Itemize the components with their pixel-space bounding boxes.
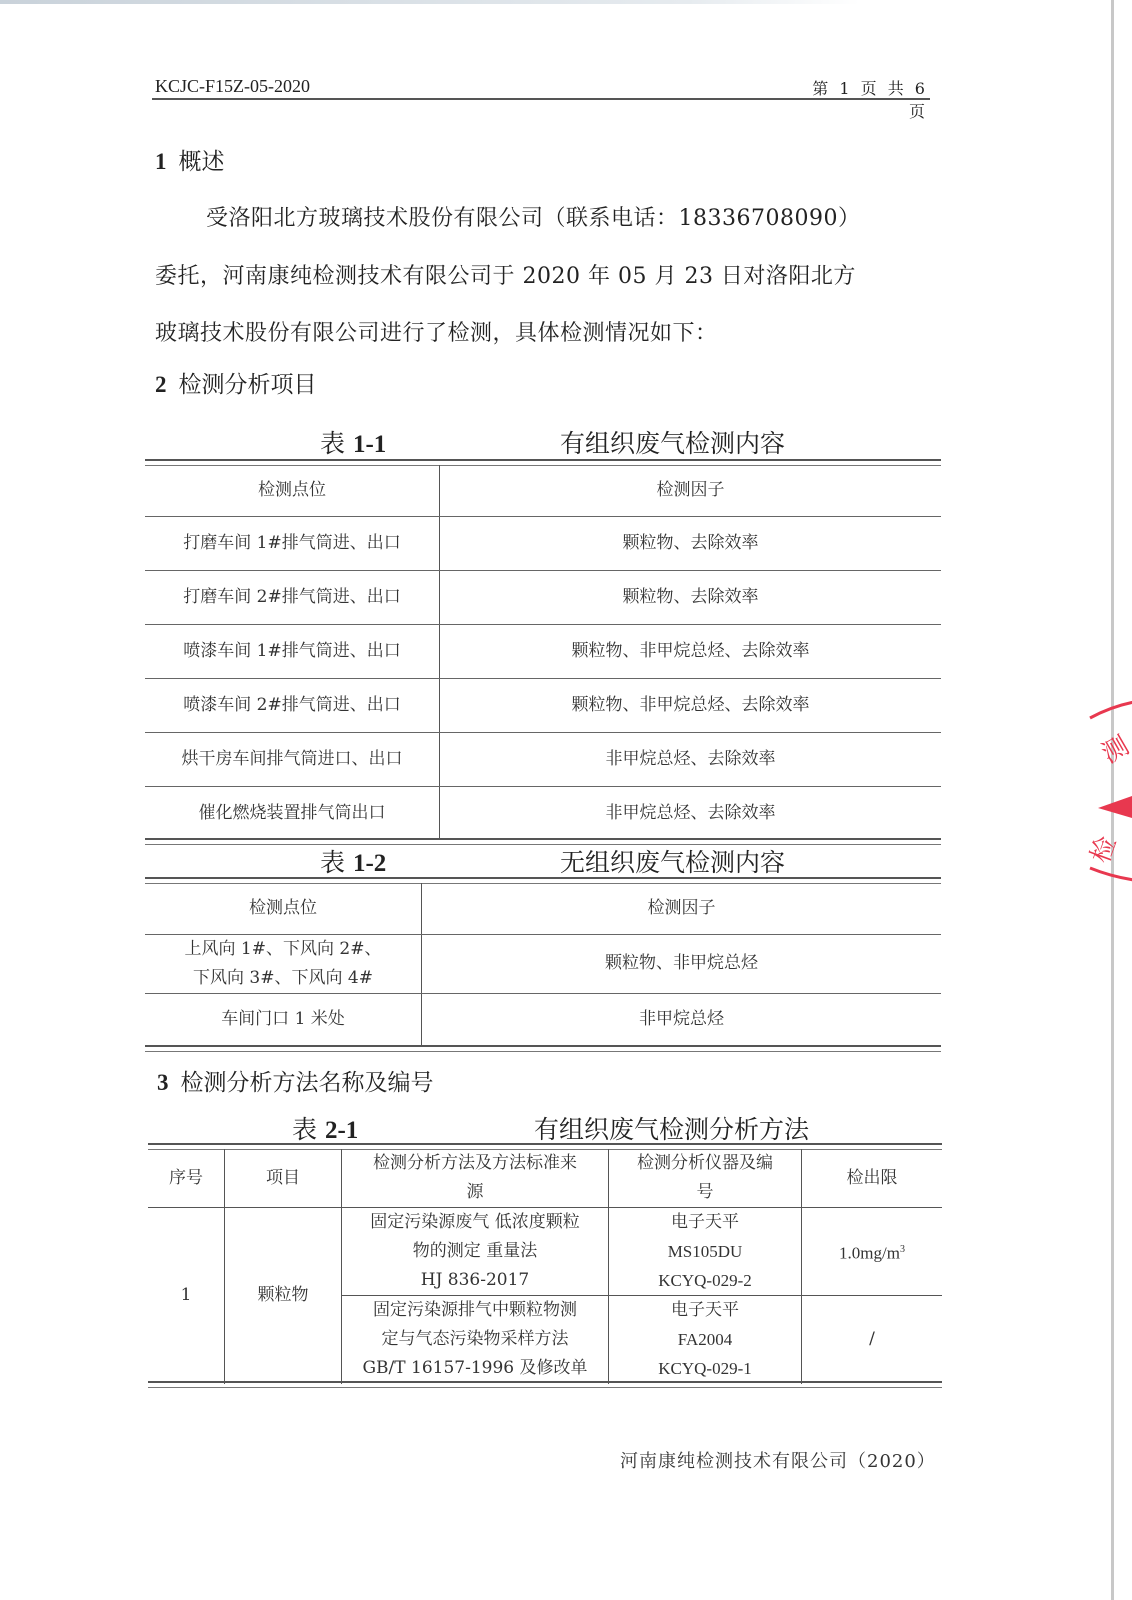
- overview-line-3: 玻璃技术股份有限公司进行了检测，具体检测情况如下：: [155, 316, 718, 347]
- seal-char: 测: [1097, 731, 1132, 770]
- table-row: 催化燃烧装置排气筒出口 非甲烷总烃、去除效率: [145, 786, 941, 840]
- header-cell-location: 检测点位: [145, 883, 422, 934]
- table-row: 上风向 1#、下风向 2#、 下风向 3#、下风向 4# 颗粒物、非甲烷总烃: [145, 934, 941, 993]
- table-row: 车间门口 1 米处 非甲烷总烃: [145, 993, 941, 1046]
- table-1-1-title: 有组织废气检测内容: [560, 424, 785, 460]
- cell-factor: 非甲烷总烃: [422, 993, 942, 1046]
- cell-factor: 颗粒物、去除效率: [440, 570, 942, 624]
- header-cell-item: 项目: [225, 1149, 342, 1208]
- cell-location: 上风向 1#、下风向 2#、 下风向 3#、下风向 4#: [145, 934, 422, 993]
- overview-line-1: 受洛阳北方玻璃技术股份有限公司（联系电话：18336708090）: [206, 201, 860, 232]
- method-line: 固定污染源废气 低浓度颗粒: [342, 1208, 608, 1237]
- cell-location: 车间门口 1 米处: [145, 993, 422, 1046]
- cell-instrument: 电子天平 FA2004 KCYQ-029-1: [609, 1296, 802, 1384]
- header-line: 检测分析方法及方法标准来: [342, 1149, 608, 1178]
- method-line: 固定污染源排气中颗粒物测: [342, 1296, 608, 1325]
- section-title: 检测分析项目: [179, 372, 317, 398]
- method-line: GB/T 16157-1996 及修改单: [342, 1354, 608, 1383]
- limit-unit-superscript: 3: [900, 1244, 905, 1255]
- table-label-number: 1-2: [353, 850, 386, 877]
- cell-location: 催化燃烧装置排气筒出口: [145, 786, 440, 840]
- cell-method: 固定污染源废气 低浓度颗粒 物的测定 重量法 HJ 836-2017: [342, 1208, 609, 1296]
- table-1-2: 检测点位 检测因子 上风向 1#、下风向 2#、 下风向 3#、下风向 4# 颗…: [145, 883, 941, 1046]
- seal-char: 检: [1086, 832, 1123, 867]
- section-number: 2: [155, 372, 167, 397]
- seal-arc-top: [1090, 699, 1132, 718]
- cell-location: 喷漆车间 1#排气筒进、出口: [145, 624, 440, 678]
- cell-location: 烘干房车间排气筒进口、出口: [145, 732, 440, 786]
- table-row: 打磨车间 1#排气筒进、出口 颗粒物、去除效率: [145, 516, 941, 570]
- header-cell-method: 检测分析方法及方法标准来 源: [342, 1149, 609, 1208]
- instrument-line: KCYQ-029-2: [609, 1266, 801, 1295]
- cell-method: 固定污染源排气中颗粒物测 定与气态污染物采样方法 GB/T 16157-1996…: [342, 1296, 609, 1384]
- header-line: 检测分析仪器及编: [609, 1149, 801, 1178]
- cell-instrument: 电子天平 MS105DU KCYQ-029-2: [609, 1208, 802, 1296]
- red-seal-stamp: 测 检: [1072, 690, 1132, 890]
- table-label-prefix: 表: [292, 1115, 317, 1144]
- header-rule: [152, 98, 930, 100]
- instrument-line: 电子天平: [609, 1208, 801, 1237]
- section-heading-methods: 3检测分析方法名称及编号: [157, 1064, 434, 1097]
- cell-location: 打磨车间 1#排气筒进、出口: [145, 516, 440, 570]
- cell-factor: 非甲烷总烃、去除效率: [440, 786, 942, 840]
- cell-location: 喷漆车间 2#排气筒进、出口: [145, 678, 440, 732]
- method-line: 定与气态污染物采样方法: [342, 1325, 608, 1354]
- limit-value: /: [869, 1329, 875, 1349]
- table-label-number: 2-1: [325, 1117, 358, 1144]
- table-1-2-title: 无组织废气检测内容: [560, 843, 785, 879]
- table-header-row: 序号 项目 检测分析方法及方法标准来 源 检测分析仪器及编 号 检出限: [148, 1149, 942, 1208]
- table-2-1-label: 表 2-1: [292, 1110, 358, 1146]
- cell-factor: 颗粒物、非甲烷总烃、去除效率: [440, 678, 942, 732]
- scan-top-edge: [0, 0, 860, 4]
- section-heading-items: 2检测分析项目: [155, 366, 317, 399]
- table-row: 打磨车间 2#排气筒进、出口 颗粒物、去除效率: [145, 570, 941, 624]
- header-cell-limit: 检出限: [802, 1149, 943, 1208]
- instrument-line: KCYQ-029-1: [609, 1354, 801, 1383]
- header-cell-factor: 检测因子: [422, 883, 942, 934]
- section-title: 概述: [179, 149, 225, 175]
- cell-location-line: 上风向 1#、下风向 2#、: [145, 935, 421, 964]
- cell-factor: 非甲烷总烃、去除效率: [440, 732, 942, 786]
- document-code: KCJC-F15Z-05-2020: [155, 76, 310, 97]
- table-row: 1 颗粒物 固定污染源废气 低浓度颗粒 物的测定 重量法 HJ 836-2017…: [148, 1208, 942, 1296]
- table-bottom-rule: [145, 1045, 941, 1052]
- table-1-2-label: 表 1-2: [320, 843, 386, 879]
- cell-item: 颗粒物: [225, 1208, 342, 1384]
- table-bottom-rule: [148, 1381, 942, 1388]
- section-number: 3: [157, 1070, 169, 1095]
- table-1-1-label: 表 1-1: [320, 424, 386, 460]
- table-label-prefix: 表: [320, 848, 345, 877]
- limit-value: 1.0mg/m: [839, 1244, 900, 1263]
- cell-location-line: 下风向 3#、下风向 4#: [145, 964, 421, 993]
- seal-arc-bottom: [1090, 868, 1132, 882]
- table-label-prefix: 表: [320, 429, 345, 458]
- header-cell-seq: 序号: [148, 1149, 225, 1208]
- cell-seq: 1: [148, 1208, 225, 1384]
- table-label-number: 1-1: [353, 431, 386, 458]
- cell-limit: 1.0mg/m3: [802, 1208, 943, 1296]
- table-header-row: 检测点位 检测因子: [145, 883, 941, 934]
- instrument-line: FA2004: [609, 1325, 801, 1354]
- cell-factor: 颗粒物、去除效率: [440, 516, 942, 570]
- header-cell-factor: 检测因子: [440, 465, 942, 516]
- header-cell-instrument: 检测分析仪器及编 号: [609, 1149, 802, 1208]
- table-row: 喷漆车间 2#排气筒进、出口 颗粒物、非甲烷总烃、去除效率: [145, 678, 941, 732]
- table-2-1-title: 有组织废气检测分析方法: [534, 1110, 809, 1146]
- table-header-row: 检测点位 检测因子: [145, 465, 941, 516]
- table-1-1: 检测点位 检测因子 打磨车间 1#排气筒进、出口 颗粒物、去除效率 打磨车间 2…: [145, 465, 941, 840]
- header-cell-location: 检测点位: [145, 465, 440, 516]
- table-row: 烘干房车间排气筒进口、出口 非甲烷总烃、去除效率: [145, 732, 941, 786]
- cell-factor: 颗粒物、非甲烷总烃、去除效率: [440, 624, 942, 678]
- table-bottom-rule: [145, 838, 941, 845]
- cell-factor: 颗粒物、非甲烷总烃: [422, 934, 942, 993]
- section-number: 1: [155, 149, 167, 174]
- footer-company: 河南康纯检测技术有限公司（2020）: [620, 1447, 936, 1473]
- table-row: 喷漆车间 1#排气筒进、出口 颗粒物、非甲烷总烃、去除效率: [145, 624, 941, 678]
- header-line: 源: [342, 1178, 608, 1207]
- seal-star-icon: [1098, 796, 1132, 818]
- instrument-line: MS105DU: [609, 1237, 801, 1266]
- overview-line-2: 委托，河南康纯检测技术有限公司于 2020 年 05 月 23 日对洛阳北方: [155, 259, 856, 290]
- section-heading-overview: 1概述: [155, 143, 225, 176]
- method-line: 物的测定 重量法: [342, 1237, 608, 1266]
- cell-location: 打磨车间 2#排气筒进、出口: [145, 570, 440, 624]
- header-line: 号: [609, 1178, 801, 1207]
- method-line: HJ 836-2017: [342, 1266, 608, 1295]
- section-title: 检测分析方法名称及编号: [181, 1070, 434, 1096]
- cell-limit: /: [802, 1296, 943, 1384]
- table-2-1: 序号 项目 检测分析方法及方法标准来 源 检测分析仪器及编 号 检出限 1 颗粒…: [148, 1149, 942, 1384]
- instrument-line: 电子天平: [609, 1296, 801, 1325]
